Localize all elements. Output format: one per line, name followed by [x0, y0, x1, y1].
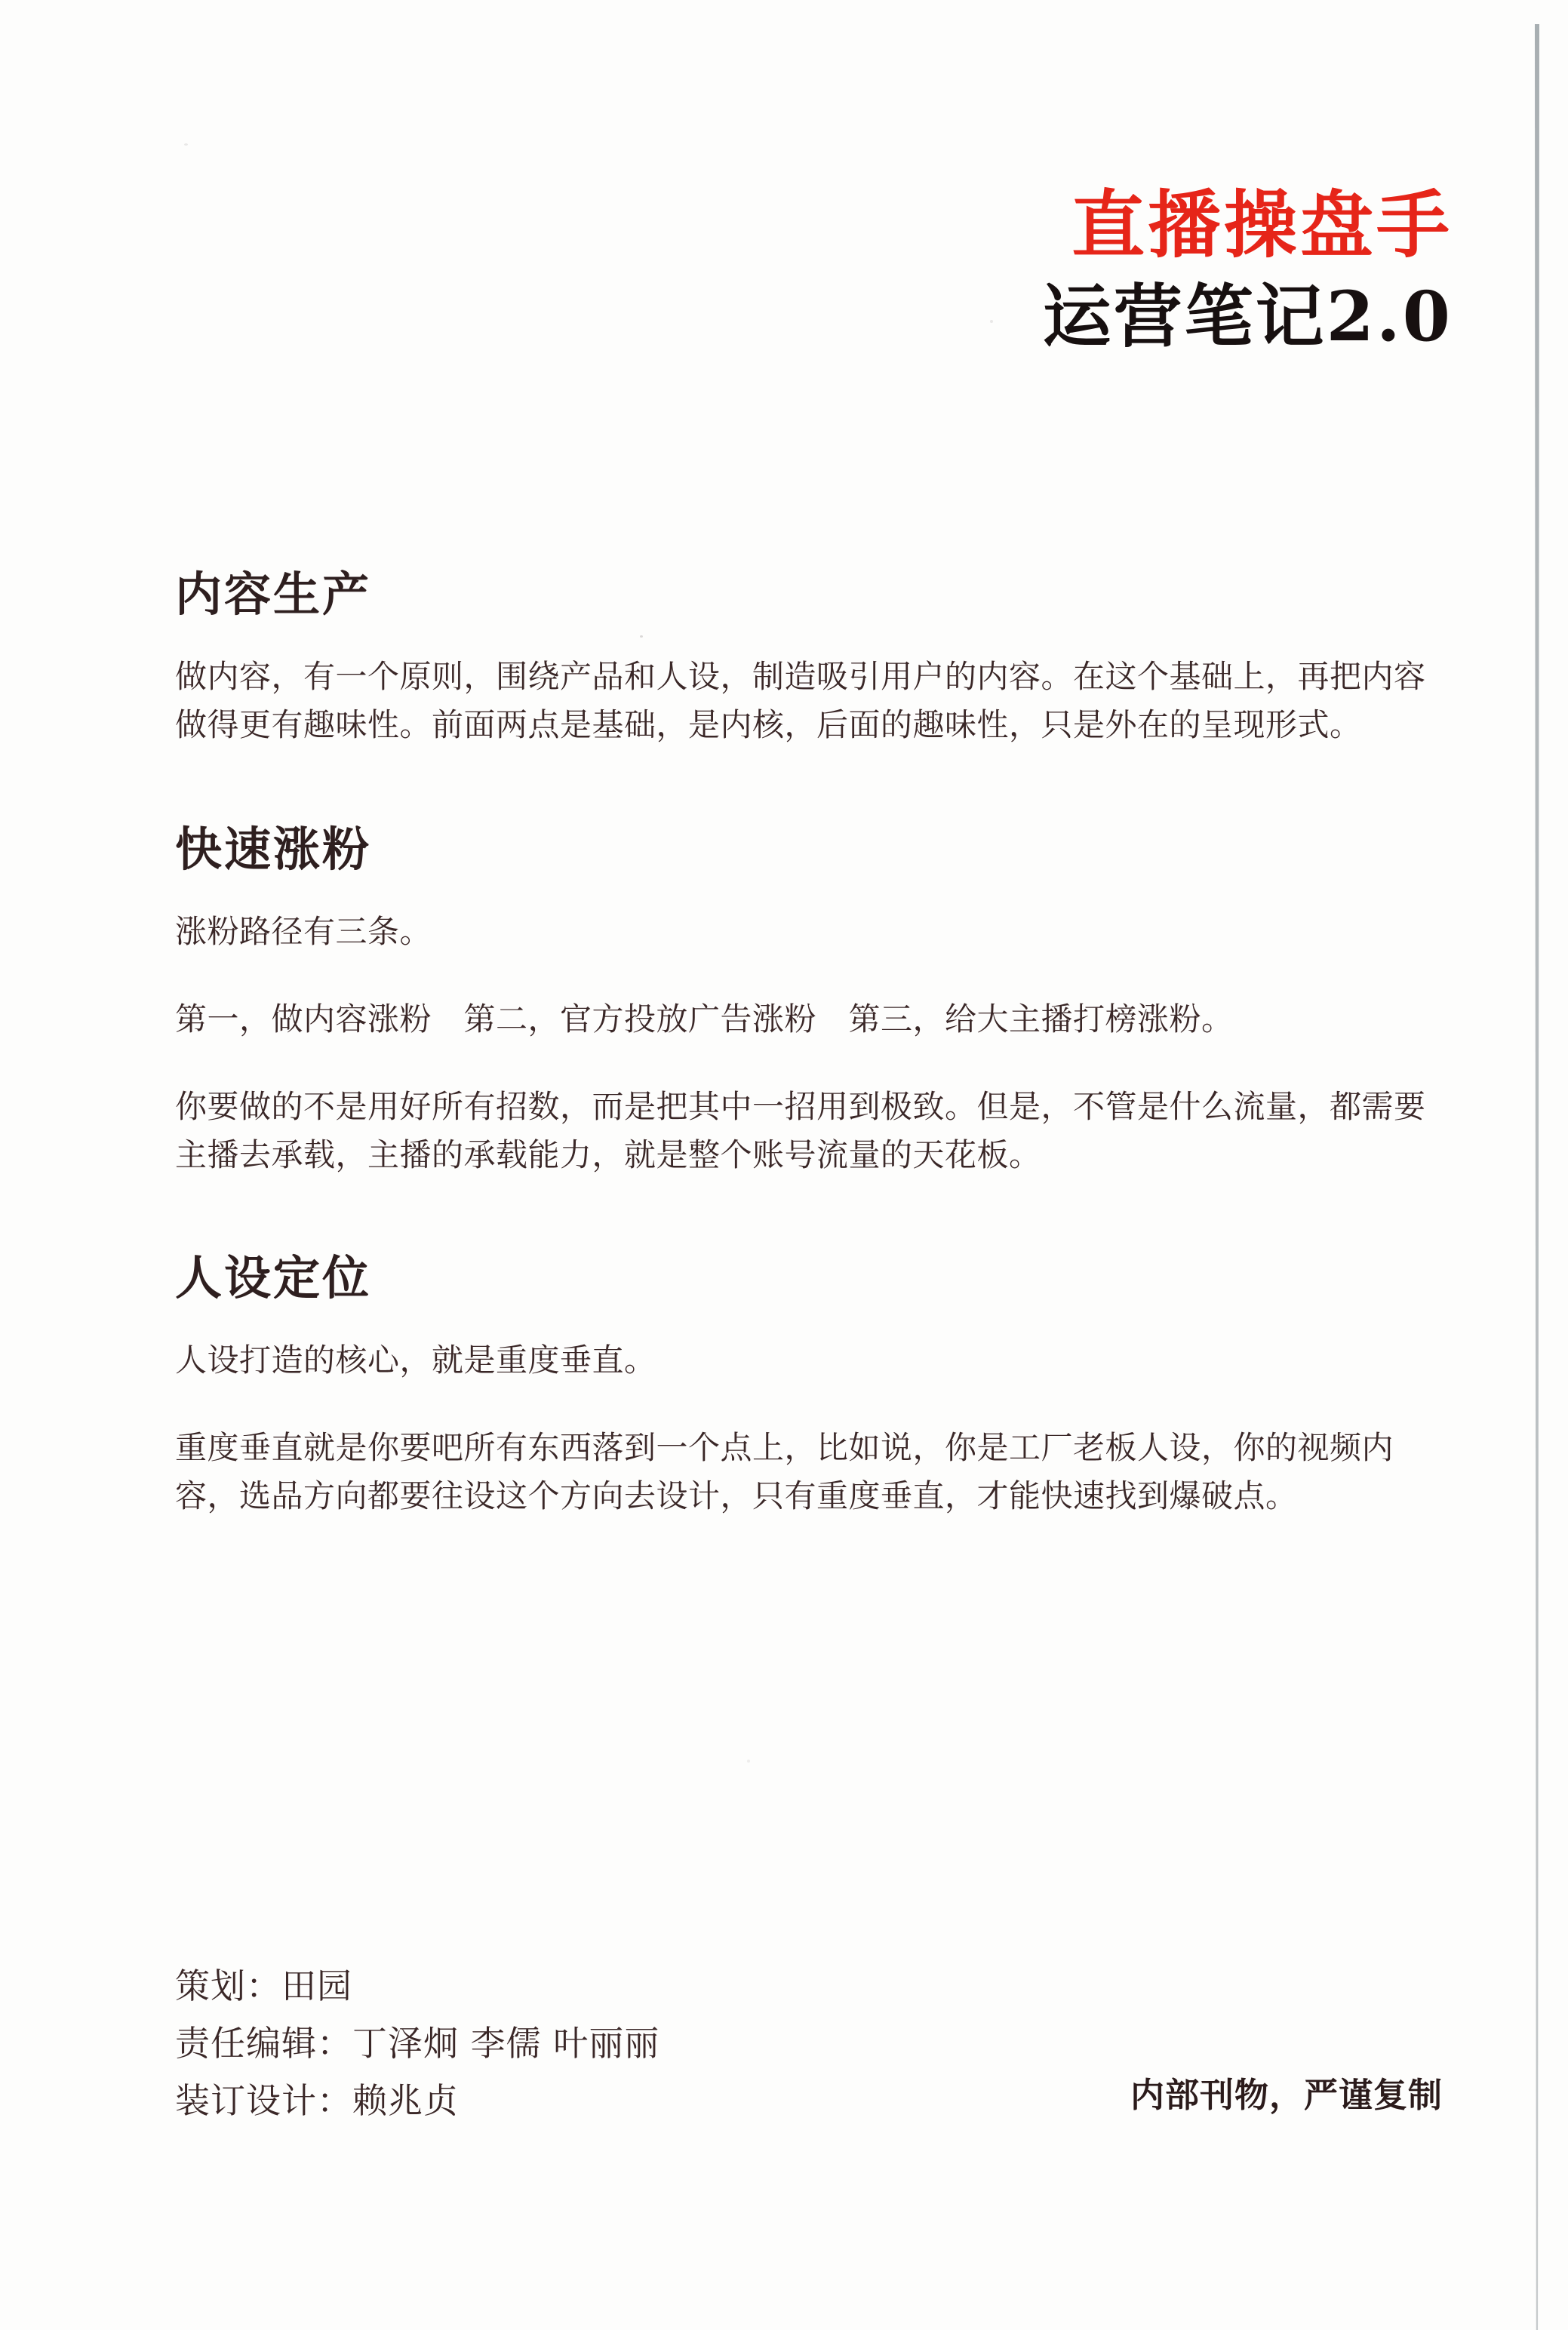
paragraph: 你要做的不是用好所有招数，而是把其中一招用到极致。但是，不管是什么流量，都需要主… [175, 1083, 1446, 1179]
credit-label: 策划： [175, 1966, 281, 2006]
scan-dust-speck [640, 635, 643, 638]
section-heading: 快速涨粉 [175, 822, 1446, 876]
paragraph: 涨粉路径有三条。 [175, 908, 1446, 956]
section-heading: 内容生产 [175, 567, 1446, 621]
paragraph: 人设打造的核心，就是重度垂直。 [175, 1336, 1446, 1385]
scan-dust-speck [184, 143, 188, 146]
credit-label: 责任编辑： [175, 2023, 352, 2064]
credit-line-planning: 策划：田园 [175, 1957, 659, 2015]
credit-value: 赖兆贞 [352, 2080, 459, 2121]
credit-value: 田园 [281, 1966, 352, 2006]
credit-value: 丁泽炯 李儒 叶丽丽 [352, 2023, 659, 2064]
section-heading: 人设定位 [175, 1251, 1446, 1305]
credit-line-editors: 责任编辑：丁泽炯 李儒 叶丽丽 [175, 2015, 659, 2072]
paragraph: 第一，做内容涨粉 第二，官方投放广告涨粉 第三，给大主播打榜涨粉。 [175, 995, 1446, 1044]
credit-label: 装订设计： [175, 2080, 352, 2121]
scan-dust-speck [747, 1760, 750, 1763]
internal-publication-notice: 内部刊物，严谨复制 [1130, 2075, 1443, 2116]
section-persona-positioning: 人设定位 人设打造的核心，就是重度垂直。 重度垂直就是你要吧所有东西落到一个点上… [175, 1251, 1446, 1520]
colophon-credits: 策划：田园 责任编辑：丁泽炯 李儒 叶丽丽 装订设计：赖兆贞 [175, 1957, 659, 2129]
book-subtitle: 运营笔记2.0 [1043, 281, 1453, 354]
paragraph: 做内容，有一个原则，围绕产品和人设，制造吸引用户的内容。在这个基础上，再把内容做… [175, 653, 1446, 749]
section-content-production: 内容生产 做内容，有一个原则，围绕产品和人设，制造吸引用户的内容。在这个基础上，… [175, 567, 1446, 749]
paragraph: 重度垂直就是你要吧所有东西落到一个点上，比如说，你是工厂老板人设，你的视频内容，… [175, 1424, 1446, 1520]
masthead: 直播操盘手 运营笔记2.0 [1043, 186, 1453, 353]
scanned-book-page: 直播操盘手 运营笔记2.0 内容生产 做内容，有一个原则，围绕产品和人设，制造吸… [0, 0, 1568, 2330]
credit-line-binding-design: 装订设计：赖兆贞 [175, 2072, 659, 2129]
scan-dust-speck [990, 320, 993, 323]
section-fast-follower-growth: 快速涨粉 涨粉路径有三条。 第一，做内容涨粉 第二，官方投放广告涨粉 第三，给大… [175, 822, 1446, 1179]
book-title: 直播操盘手 [1043, 186, 1453, 265]
scan-edge-artifact [1535, 24, 1539, 2330]
